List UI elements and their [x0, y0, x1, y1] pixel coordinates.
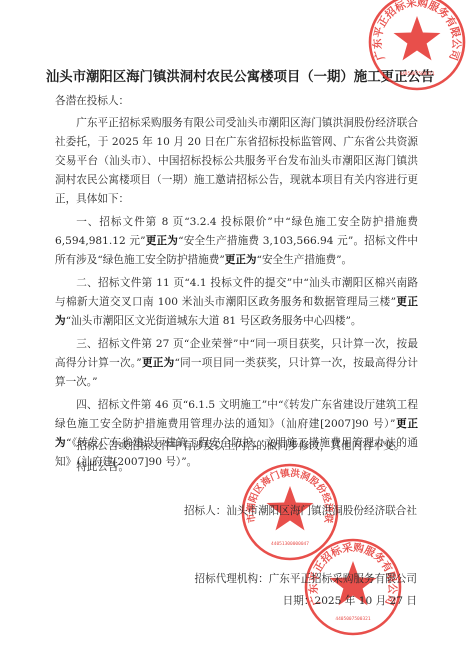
- correction-text: 四、招标文件第 46 页“6.1.5 文明施工”中“《转发广东省建设厅建筑工程绿…: [55, 399, 418, 430]
- agency-line: 招标代理机构：广东平正招标采购服务有限公司: [195, 570, 417, 589]
- star-icon: [394, 16, 441, 60]
- svg-text:4405007500321: 4405007500321: [335, 616, 371, 622]
- closing-text: 特此公告。: [55, 458, 418, 477]
- date-line: 日期：2025 年 10 月 27 日: [283, 592, 417, 611]
- closing-section: 招标公告或招标文件中有涉及以上内容的做同步修改，其他内容不变。 特此公告。: [55, 437, 418, 479]
- date-label: 日期：: [283, 595, 315, 607]
- correction-paragraph-2: 二、招标文件第 11 页“4.1 投标文件的提交”中“汕头市潮阳区棉兴南路与棉新…: [55, 274, 418, 331]
- greeting: 各潜在投标人：: [55, 92, 129, 111]
- correction-text: “汕头市潮阳区文光街道城东大道 81 号区政务服务中心四楼”。: [66, 315, 362, 327]
- title-text: 汕头市潮阳区海门镇洪洞村农民公寓楼项目（一期）施工更正公告: [46, 66, 434, 85]
- date-value: 2025 年 10 月 27 日: [314, 595, 417, 607]
- svg-text:44051300000047: 44051300000047: [271, 541, 309, 547]
- tenderer-line: 招标人：汕头市潮阳区海门镇洪洞股份经济联合社: [184, 502, 417, 521]
- tenderer-name: 汕头市潮阳区海门镇洪洞股份经济联合社: [226, 505, 417, 517]
- correction-paragraph-3: 三、招标文件第 27 页“企业荣誉”中“同一项目获奖，只计算一次，按最高得分计算…: [55, 335, 418, 392]
- correction-keyword: 更正为: [146, 235, 179, 247]
- correction-paragraph-1: 一、招标文件第 8 页“3.2.4 投标限价”中“绿色施工安全防护措施费 6,5…: [55, 213, 418, 270]
- agency-name: 广东平正招标采购服务有限公司: [269, 573, 417, 585]
- correction-text: 二、招标文件第 11 页“4.1 投标文件的提交”中“汕头市潮阳区棉兴南路与棉新…: [55, 277, 418, 308]
- tenderer-label: 招标人：: [184, 505, 226, 517]
- agency-label: 招标代理机构：: [195, 573, 269, 585]
- correction-keyword: 更正为: [225, 254, 257, 266]
- page-title: 汕头市潮阳区海门镇洪洞村农民公寓楼项目（一期）施工更正公告: [0, 66, 470, 85]
- intro-paragraph: 广东平正招标采购服务有限公司受汕头市潮阳区海门镇洪洞股份经济联合社委托，于 20…: [55, 114, 418, 209]
- correction-text: “安全生产措施费”。: [257, 254, 353, 266]
- document-body: 广东平正招标采购服务有限公司受汕头市潮阳区海门镇洪洞股份经济联合社委托，于 20…: [55, 114, 418, 476]
- correction-keyword: 更正为: [142, 357, 175, 369]
- svg-text:广东平正招标采购服务有限公司: 广东平正招标采购服务有限公司: [371, 0, 463, 62]
- closing-note: 招标公告或招标文件中有涉及以上内容的做同步修改，其他内容不变。: [55, 437, 418, 456]
- document-page: 汕头市潮阳区海门镇洪洞村农民公寓楼项目（一期）施工更正公告 各潜在投标人： 广东…: [0, 0, 470, 653]
